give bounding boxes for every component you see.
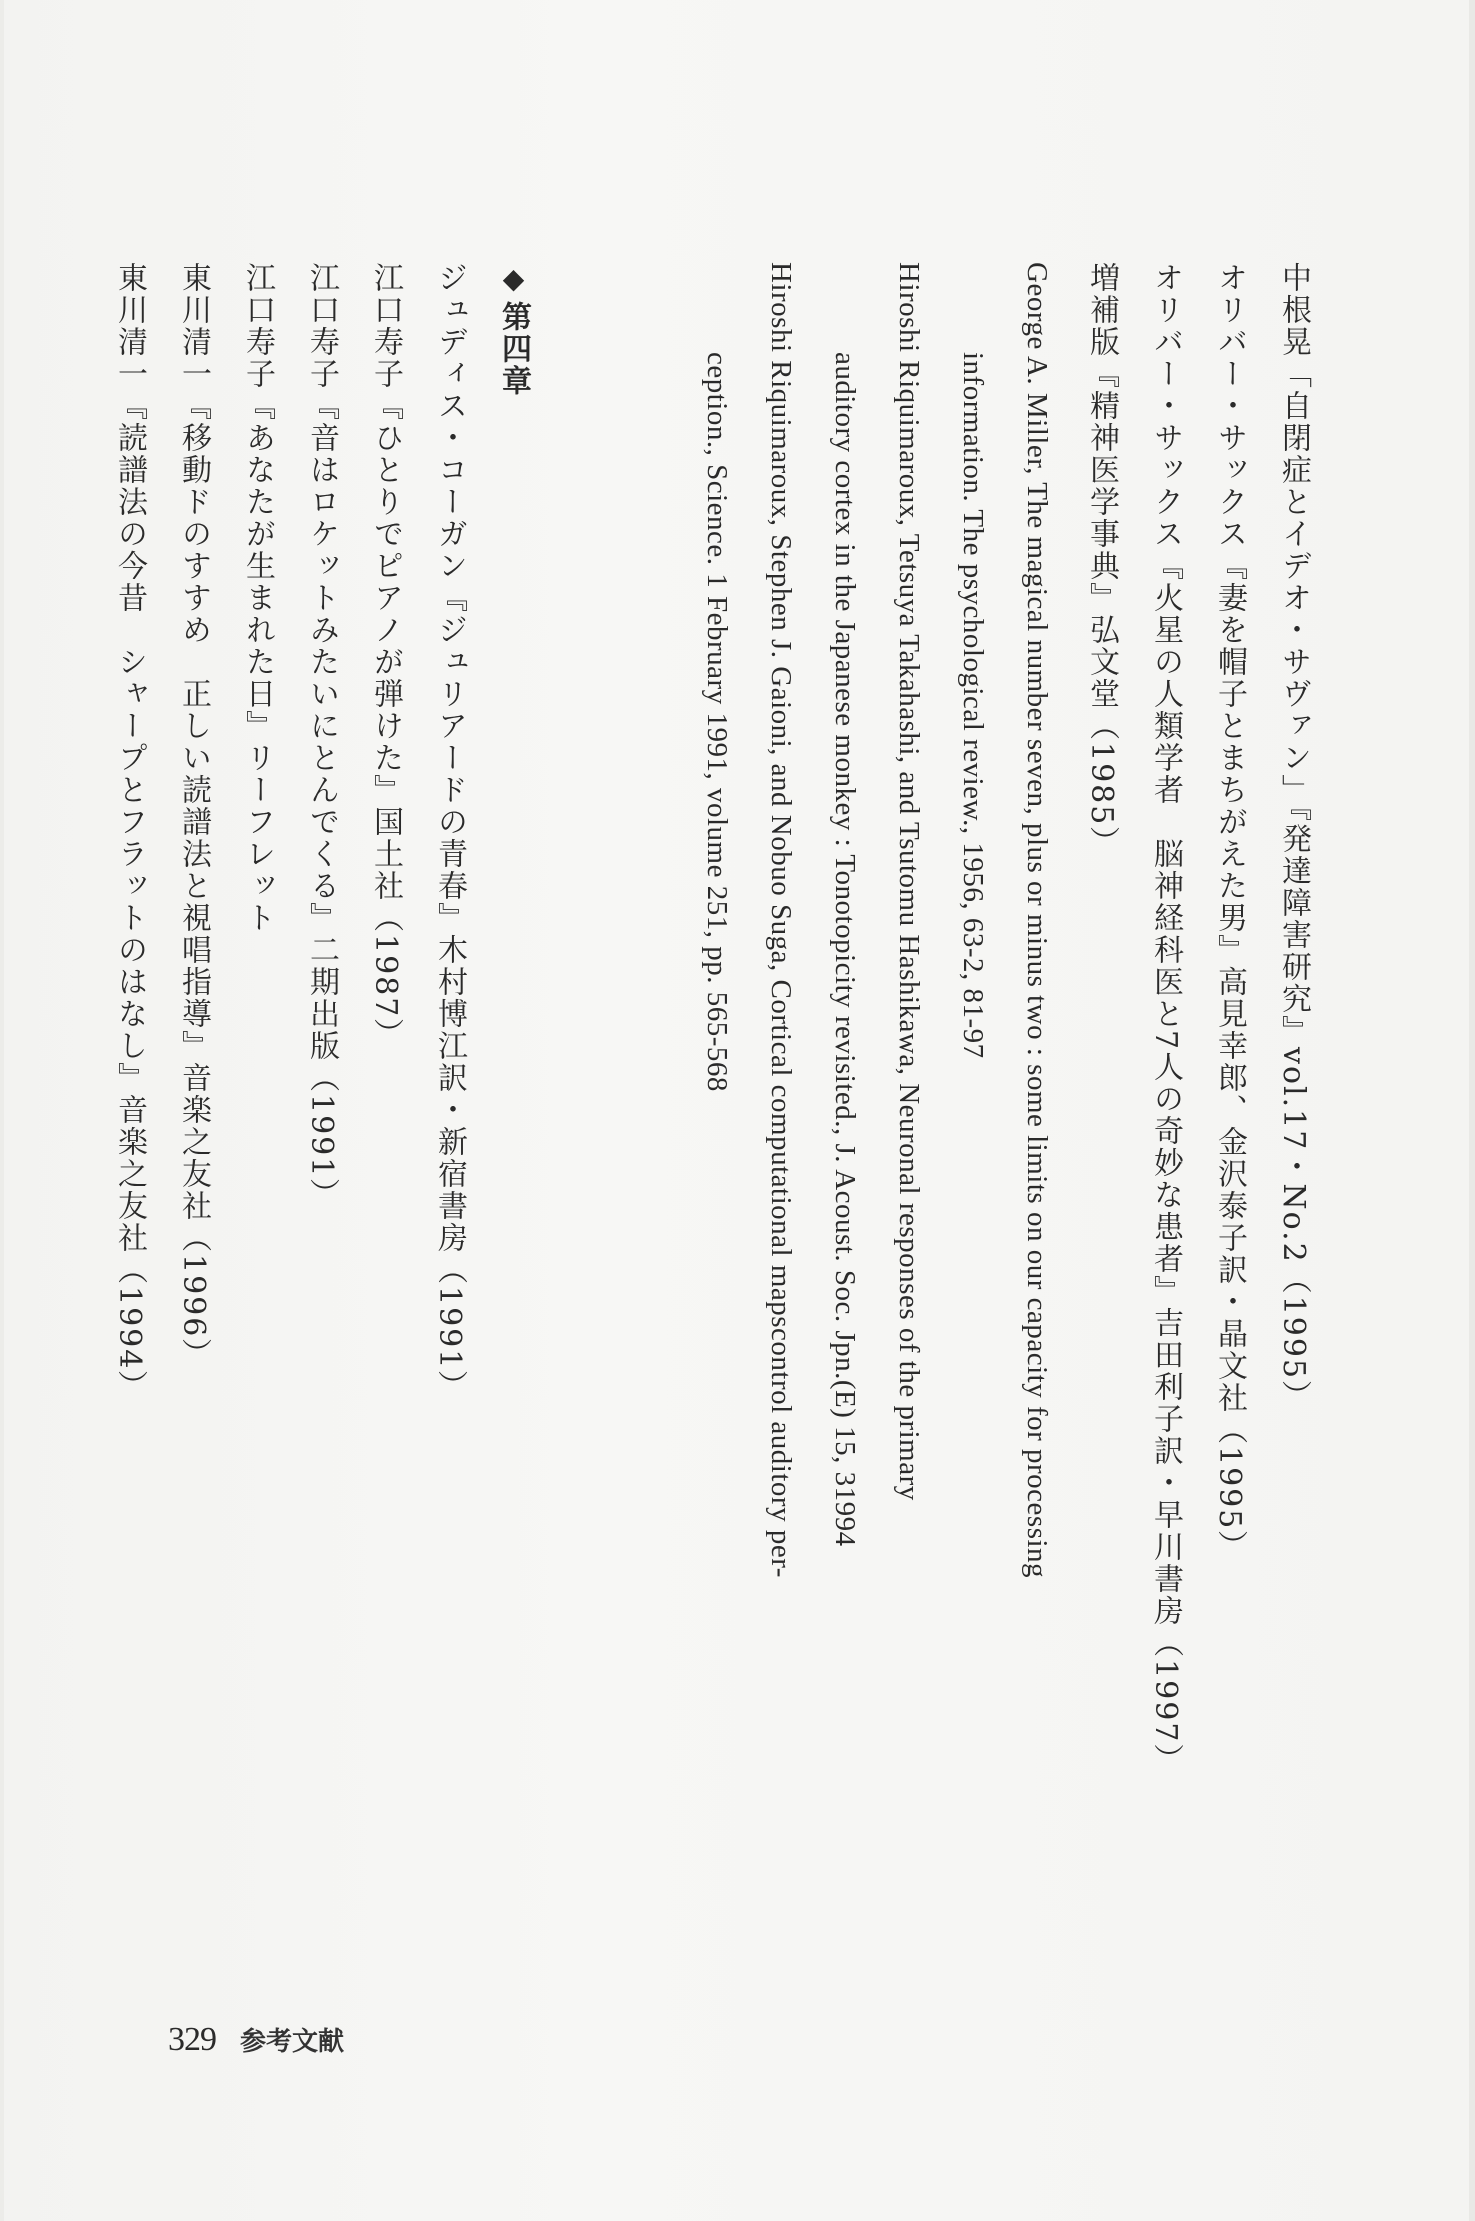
- chapter-heading-label: 第四章: [496, 301, 531, 397]
- reference-line: Hiroshi Riquimaroux, Tetsuya Takahashi, …: [877, 262, 941, 2022]
- reference-entry: オリバー・サックス『妻を帽子とまちがえた男』高見幸郎、金沢泰子訳・晶文社（199…: [1197, 262, 1261, 2022]
- reference-entry-english: Hiroshi Riquimaroux, Tetsuya Takahashi, …: [813, 262, 941, 2022]
- diamond-bullet-icon: ◆: [481, 262, 545, 297]
- chapter-heading: ◆第四章: [481, 262, 545, 2022]
- page-number: 329: [168, 2021, 216, 2059]
- reference-entry-english: George A. Miller, The magical number sev…: [941, 262, 1069, 2022]
- reference-line: George A. Miller, The magical number sev…: [1005, 262, 1069, 2022]
- reference-entry: 江口寿子『音はロケットみたいにとんでくる』二期出版（1991）: [289, 262, 353, 2022]
- reference-line: Hiroshi Riquimaroux, Stephen J. Gaioni, …: [749, 262, 813, 2022]
- reference-entry: 中根晃「自閉症とイデオ・サヴァン」『発達障害研究』vol.17・No.2（199…: [1261, 262, 1325, 2022]
- running-section-title: 参考文献: [240, 2021, 344, 2058]
- reference-entry: 江口寿子『ひとりでピアノが弾けた』国土社（1987）: [353, 262, 417, 2022]
- page-footer: 329 参考文献: [168, 2021, 344, 2059]
- reference-entry-english: Hiroshi Riquimaroux, Stephen J. Gaioni, …: [685, 262, 813, 2022]
- page-edge-left: [0, 0, 4, 2221]
- reference-entry: オリバー・サックス『火星の人類学者 脳神経科医と7人の奇妙な患者』吉田利子訳・早…: [1133, 262, 1197, 2022]
- reference-entry: 東川清一『移動ドのすすめ 正しい読譜法と視唱指導』音楽之友社（1996）: [161, 262, 225, 2022]
- section-gap: [545, 262, 685, 2022]
- reference-line-continuation: auditory cortex in the Japanese monkey :…: [813, 352, 877, 2022]
- reference-entry: ジュディス・コーガン『ジュリアードの青春』木村博江訳・新宿書房（1991）: [417, 262, 481, 2022]
- reference-line-continuation: ception., Science. 1 February 1991, volu…: [685, 352, 749, 2022]
- reference-entry: 東川清一『読譜法の今昔 シャープとフラットのはなし』音楽之友社（1994）: [97, 262, 161, 2022]
- page-edge-right: [1469, 0, 1475, 2221]
- bibliography-body: 中根晃「自閉症とイデオ・サヴァン」『発達障害研究』vol.17・No.2（199…: [97, 262, 1325, 2022]
- reference-line-continuation: information. The psychological review., …: [941, 352, 1005, 2022]
- reference-entry: 増補版『精神医学事典』弘文堂（1985）: [1069, 262, 1133, 2022]
- reference-entry: 江口寿子『あなたが生まれた日』リーフレット: [225, 262, 289, 2022]
